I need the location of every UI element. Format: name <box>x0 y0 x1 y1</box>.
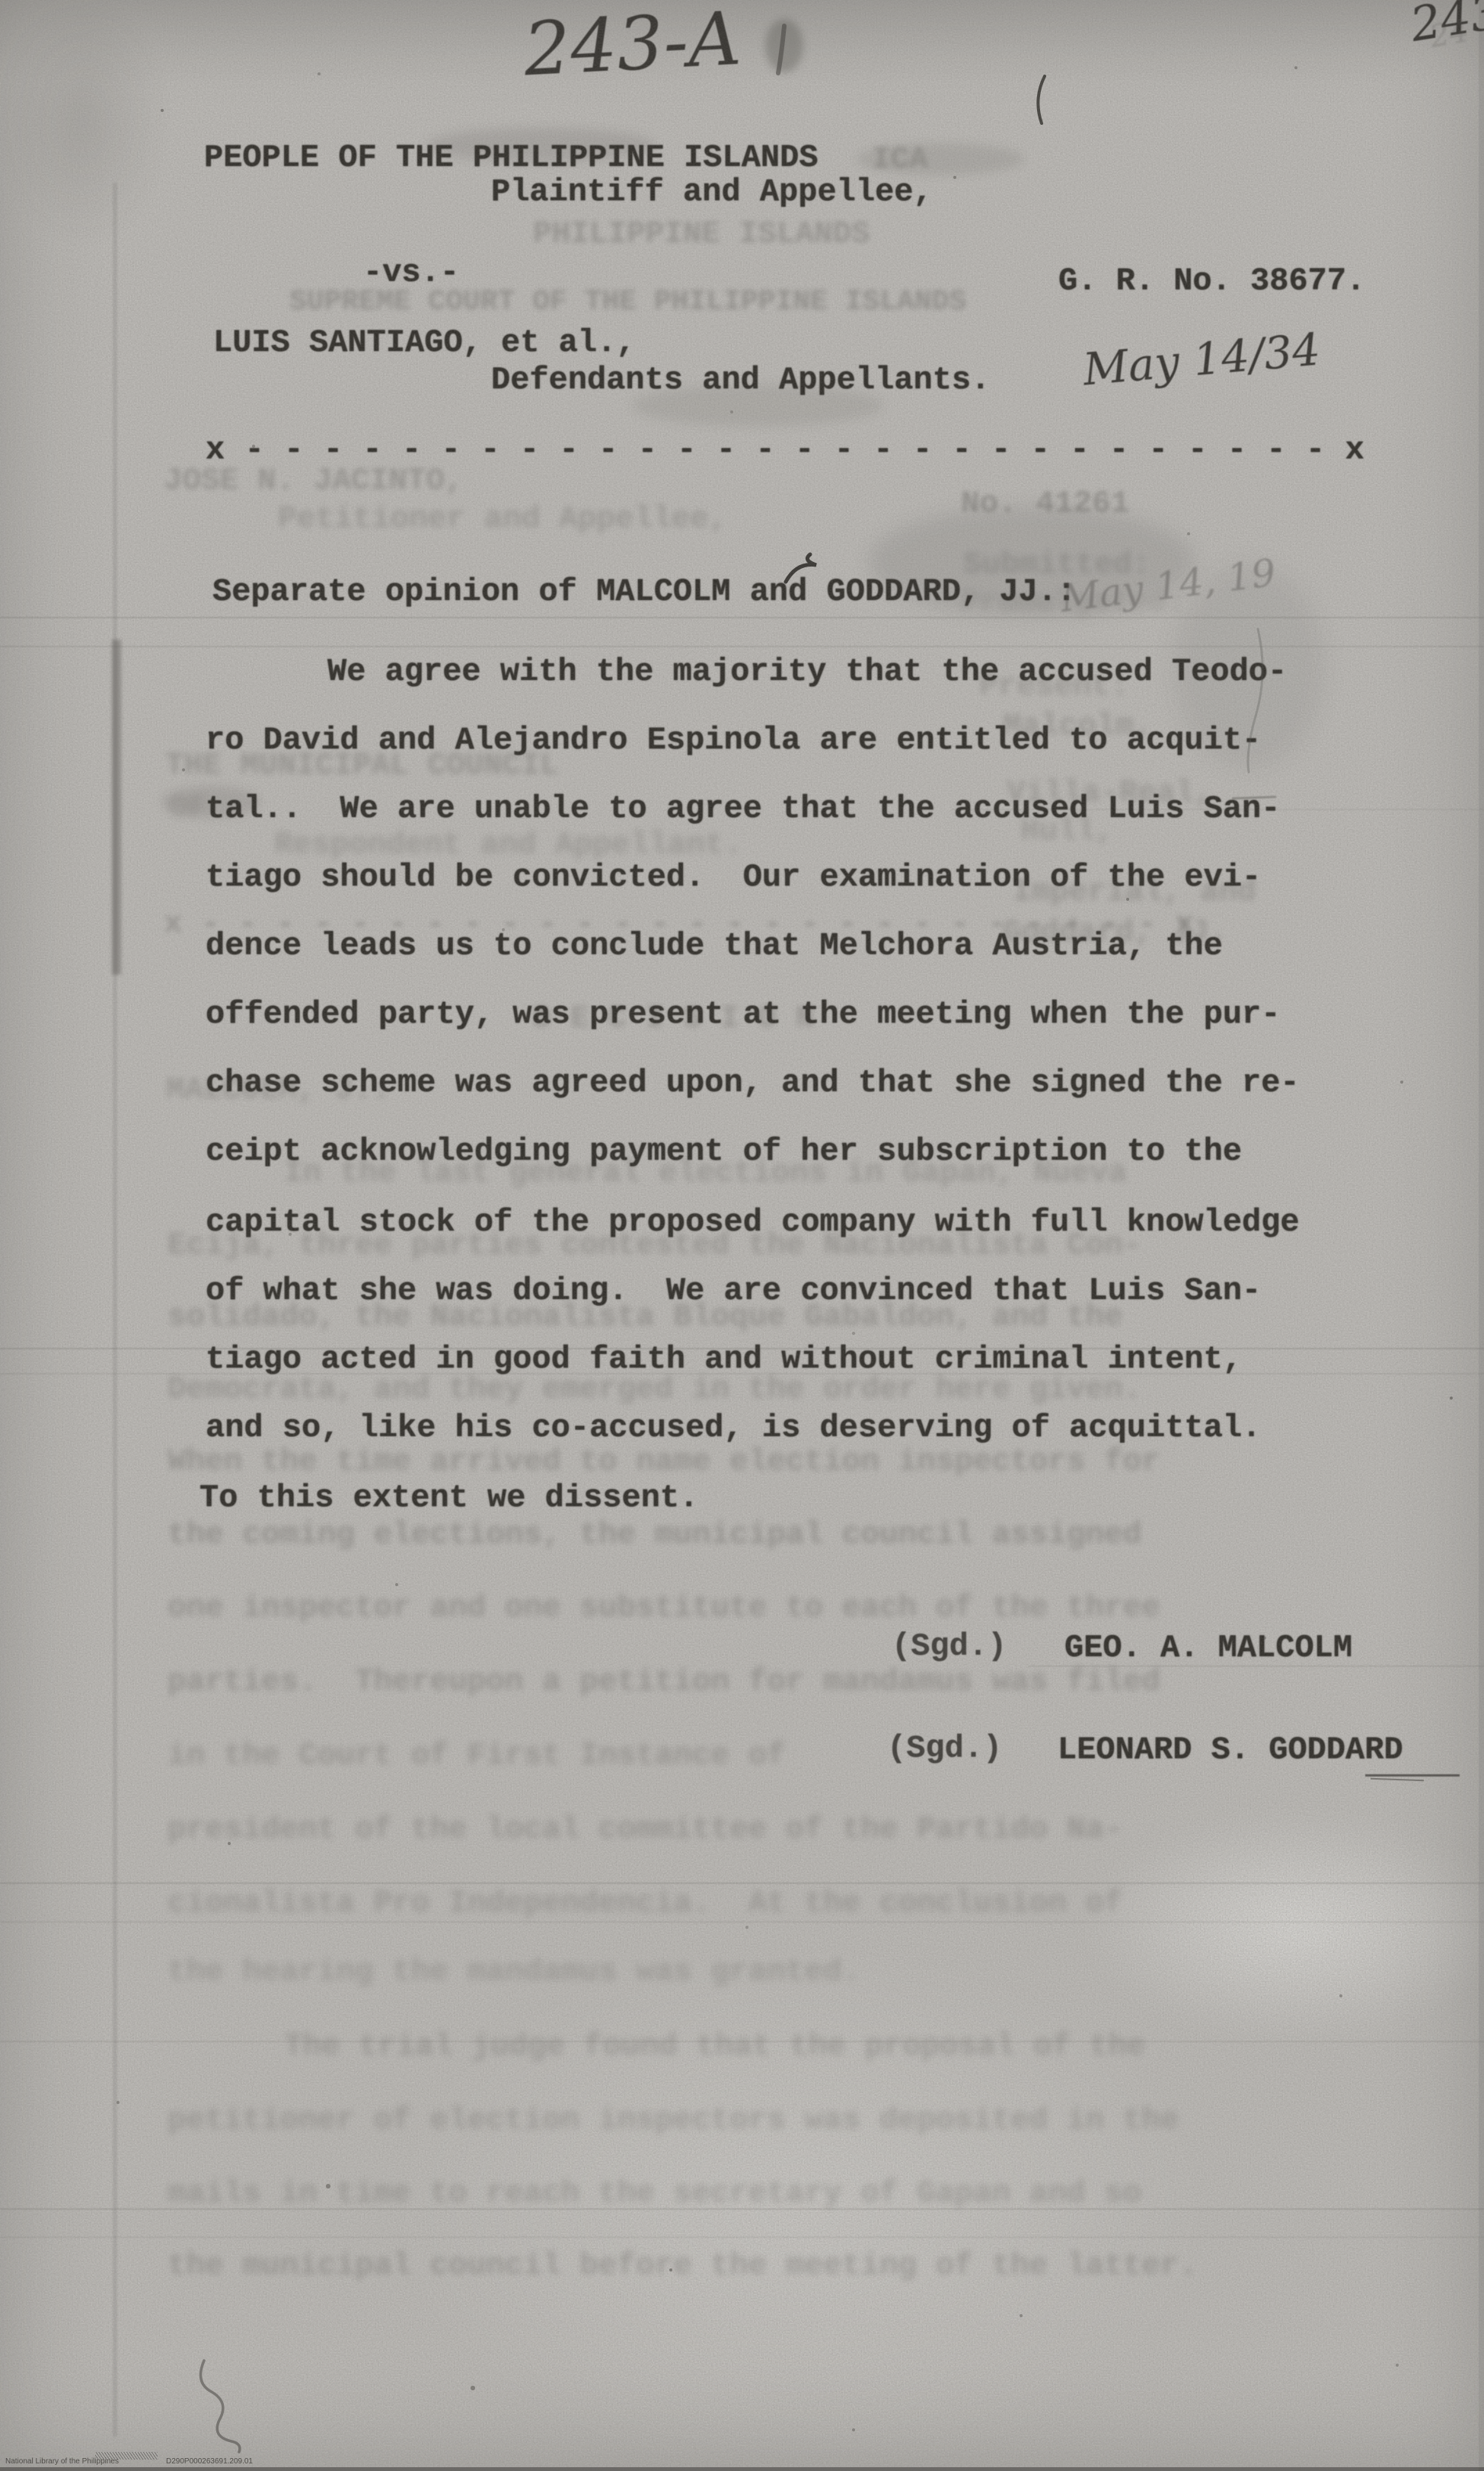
curved-pen-mark <box>1038 76 1045 123</box>
ink-smudge <box>857 143 1024 175</box>
body-line: capital stock of the proposed company wi… <box>206 1206 1300 1238</box>
ghost-para-line: the coming elections, the municipal coun… <box>168 1520 1141 1551</box>
ghost-para-line: president of the local committee of the … <box>168 1815 1123 1846</box>
paper-specks <box>0 0 2 2</box>
crease-line <box>0 1348 1484 1349</box>
case-number: G. R. No. 38677. <box>1058 265 1365 297</box>
ghost-para-line: in the Court of First Instance of <box>168 1741 805 1772</box>
signature-underline-squiggle <box>1371 1778 1424 1781</box>
defendant-role: Defendants and Appellants. <box>491 364 990 396</box>
body-line: tiago should be convicted. Our examinati… <box>206 861 1261 893</box>
crease-line <box>0 646 1484 647</box>
body-line: dence leads us to conclude that Melchora… <box>206 930 1223 962</box>
corner-ghost-number: 24 <box>1427 14 1471 55</box>
ghost-para-line: the hearing the mandamus was granted. <box>168 1957 860 1988</box>
paper-shade-leftband <box>113 183 117 2437</box>
body-line: chase scheme was agreed upon, and that s… <box>206 1067 1300 1099</box>
ghost-para-line: parties. Thereupon a petition for mandam… <box>168 1667 1160 1698</box>
ghost-para-line: cionalista Pro Independencia. At the con… <box>168 1888 1123 1920</box>
body-line: ceipt acknowledging payment of her subsc… <box>206 1135 1242 1167</box>
body-line: of what she was doing. We are convinced … <box>206 1275 1261 1307</box>
bottom-left-squiggle <box>201 2361 240 2452</box>
page-number-handwritten: 243-A <box>522 0 742 92</box>
plaintiff-name: PEOPLE OF THE PHILIPPINE ISLANDS <box>204 142 819 174</box>
ghost-respondent-role: Respondent and Appellant. <box>274 830 742 861</box>
versus-label: -vs.- <box>363 257 459 289</box>
scanned-document-page: ICA PHILIPPINE ISLANDS SUPREME COURT OF … <box>0 0 1484 2471</box>
signature-underline <box>1365 1774 1460 1777</box>
paper-shade-topleft <box>0 0 168 244</box>
signature-sgd-malcolm: (Sgd.) <box>892 1630 1007 1662</box>
crease-line <box>1028 1665 1484 1667</box>
ghost-petitioner: JOSE N. JACINTO, <box>164 466 464 497</box>
crease-line <box>952 809 1484 810</box>
ghost-para-line: When the time arrived to name election i… <box>168 1447 1160 1478</box>
ghost-para-line: one inspector and one substitute to each… <box>168 1593 1160 1624</box>
ghost-para-line: petitioner of election inspectors was de… <box>168 2105 1179 2137</box>
ghost-petitioner-role: Petitioner and Appellee, <box>278 504 728 535</box>
signature-sgd-goddard: (Sgd.) <box>887 1732 1002 1764</box>
signature-name-malcolm: GEO. A. MALCOLM <box>1064 1632 1352 1664</box>
filing-date-handwritten: May 14/34 <box>1081 324 1323 396</box>
body-line: ro David and Alejandro Espinola are enti… <box>206 724 1261 756</box>
plaintiff-role: Plaintiff and Appellee, <box>491 176 933 208</box>
ghost-header-line2: SUPREME COURT OF THE PHILIPPINE ISLANDS <box>289 288 966 317</box>
body-line: and so, like his co-accused, is deservin… <box>206 1412 1261 1444</box>
paper-shade-leftband-dark <box>112 640 121 975</box>
opinion-heading: Separate opinion of MALCOLM and GODDARD,… <box>212 576 1076 608</box>
paper-shade-rightedge <box>1479 0 1484 2471</box>
signature-name-goddard: LEONARD S. GODDARD <box>1058 1734 1403 1766</box>
body-line: To this extent we dissent. <box>199 1482 698 1514</box>
crease-line <box>0 2236 1484 2238</box>
caption-separator: x - - - - - - - - - - - - - - - - - - - … <box>206 434 1364 466</box>
ghost-header-line1: PHILIPPINE ISLANDS <box>533 219 870 251</box>
crease-line <box>0 1921 1484 1923</box>
ghost-para-line: mails in time to reach the secretary of … <box>168 2179 1141 2210</box>
scan-bottom-edge <box>0 2467 1484 2471</box>
footer-barcode-hatch <box>95 2452 158 2460</box>
crease-line <box>0 1882 1484 1884</box>
footer-scan-code: D290P000263691.209.01 <box>166 2457 253 2466</box>
body-line: offended party, was present at the meeti… <box>206 998 1280 1030</box>
crease-line <box>0 2208 1484 2210</box>
crease-line <box>0 1373 1484 1374</box>
ghost-para-line: The trial judge found that the proposal … <box>284 2032 1146 2063</box>
crease-line <box>0 2041 1484 2042</box>
paper-bright-right <box>1081 1812 1484 2041</box>
ghost-para-line: the municipal council before the meeting… <box>168 2251 1198 2282</box>
crease-line <box>0 617 1484 618</box>
ghost-para-line: Democrata, and they emerged in the order… <box>168 1374 1141 1406</box>
defendant-name: LUIS SANTIAGO, et al., <box>213 327 636 359</box>
ink-smudge <box>765 19 803 72</box>
body-line: We agree with the majority that the accu… <box>327 656 1287 688</box>
